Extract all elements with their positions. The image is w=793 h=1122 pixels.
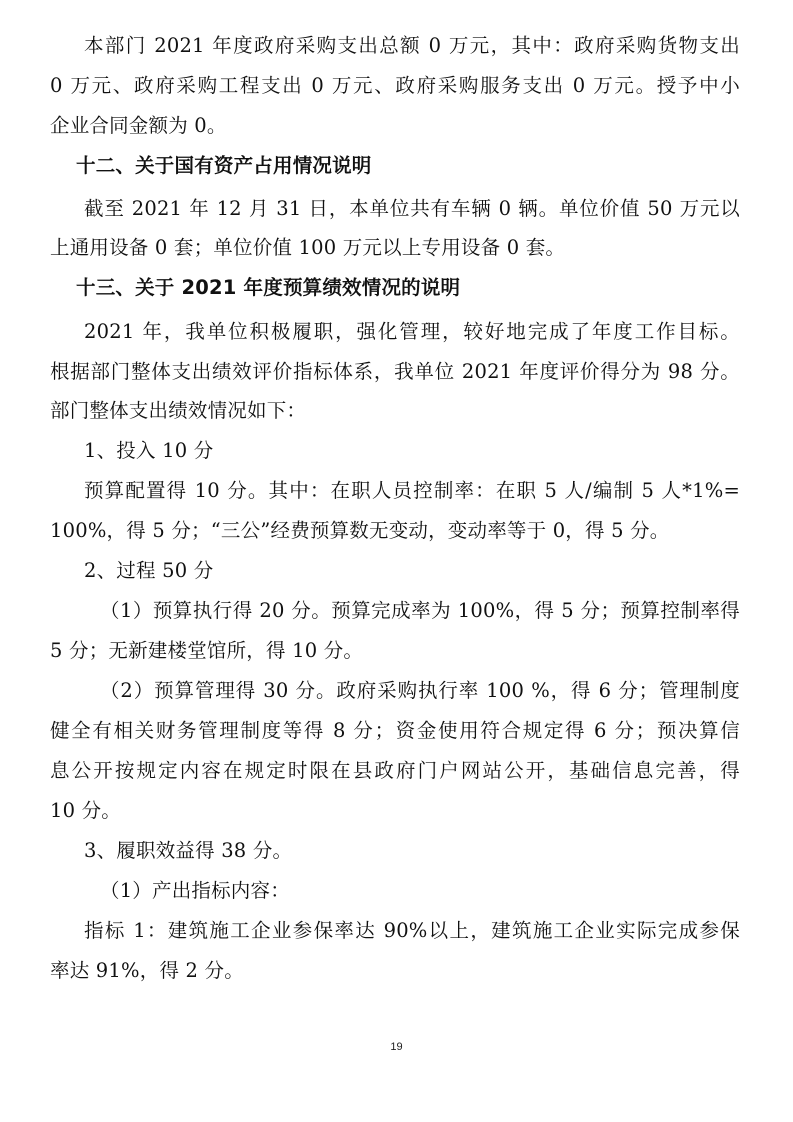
item-2-sub-2-line-3: 息公开按规定内容在规定时限在县政府门户网站公开，基础信息完善，得 (50, 759, 740, 783)
item-2-title: 2、过程 50 分 (84, 559, 740, 583)
item-1-line-1: 预算配置得 10 分。其中：在职人员控制率：在职 5 人/编制 5 人*1%= (84, 479, 740, 503)
item-2-sub-2-line-1: （2）预算管理得 30 分。政府采购执行率 100 %，得 6 分；管理制度 (100, 679, 740, 703)
item-3-sub-1-title: （1）产出指标内容： (100, 879, 740, 903)
procurement-line-2: 0 万元、政府采购工程支出 0 万元、政府采购服务支出 0 万元。授予中小 (50, 74, 740, 98)
document-page: 本部门 2021 年度政府采购支出总额 0 万元，其中：政府采购货物支出 0 万… (0, 0, 793, 1122)
procurement-line-1: 本部门 2021 年度政府采购支出总额 0 万元，其中：政府采购货物支出 (84, 34, 740, 58)
procurement-line-3: 企业合同金额为 0。 (50, 114, 740, 138)
item-2-sub-2-line-4: 10 分。 (50, 799, 740, 823)
section-12-heading: 十二、关于国有资产占用情况说明 (76, 154, 766, 178)
section-13-heading: 十三、关于 2021 年度预算绩效情况的说明 (76, 276, 766, 300)
item-1-line-2: 100%，得 5 分；“三公”经费预算数无变动，变动率等于 0，得 5 分。 (50, 519, 740, 543)
indicator-1-line-2: 率达 91%，得 2 分。 (50, 959, 740, 983)
section-13-intro-line-3: 部门整体支出绩效情况如下： (50, 399, 740, 423)
page-number: 19 (0, 1041, 793, 1053)
item-3-title: 3、履职效益得 38 分。 (84, 839, 740, 863)
section-13-intro-line-1: 2021 年，我单位积极履职，强化管理，较好地完成了年度工作目标。 (84, 320, 740, 344)
item-1-title: 1、投入 10 分 (84, 439, 740, 463)
indicator-1-line-1: 指标 1：建筑施工企业参保率达 90%以上，建筑施工企业实际完成参保 (84, 919, 740, 943)
item-2-sub-1-line-1: （1）预算执行得 20 分。预算完成率为 100%，得 5 分；预算控制率得 (100, 599, 740, 623)
section-13-intro-line-2: 根据部门整体支出绩效评价指标体系，我单位 2021 年度评价得分为 98 分。 (50, 360, 740, 384)
item-2-sub-2-line-2: 健全有相关财务管理制度等得 8 分；资金使用符合规定得 6 分；预决算信 (50, 719, 740, 743)
section-12-line-1: 截至 2021 年 12 月 31 日，本单位共有车辆 0 辆。单位价值 50 … (84, 197, 740, 221)
item-2-sub-1-line-2: 5 分；无新建楼堂馆所，得 10 分。 (50, 639, 740, 663)
section-12-line-2: 上通用设备 0 套；单位价值 100 万元以上专用设备 0 套。 (50, 236, 740, 260)
